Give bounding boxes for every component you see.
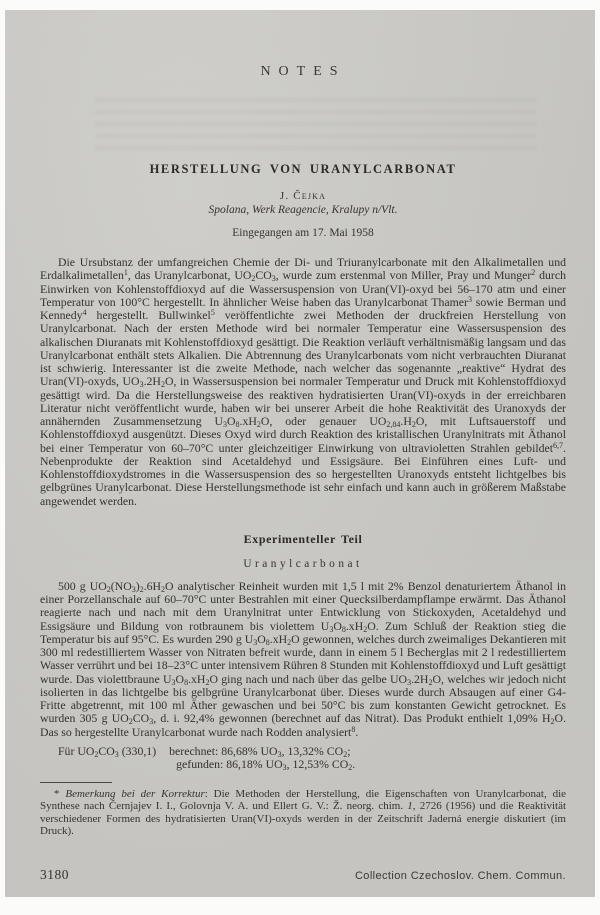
page-number: 3180: [40, 867, 69, 883]
correction-footnote: * Bemerkung bei der Korrektur: Die Metho…: [40, 788, 566, 838]
journal-name: Collection Czechoslov. Chem. Commun.: [355, 870, 566, 882]
article-title: HERSTELLUNG VON URANYLCARBONAT: [40, 162, 566, 177]
analysis-calculated-line: berechnet: 86,68% UO3, 13,32% CO2;: [169, 745, 355, 758]
received-date: Eingegangen am 17. Mai 1958: [40, 227, 566, 239]
running-head: NOTES: [40, 64, 566, 80]
section-subheading-uranylcarbonat: Uranylcarbonat: [40, 558, 566, 570]
author-name: J. Čejka: [40, 190, 566, 202]
analysis-values: berechnet: 86,68% UO3, 13,32% CO2; gefun…: [169, 745, 355, 772]
analysis-found-line: gefunden: 86,18% UO3, 12,53% CO2.: [169, 758, 355, 771]
page-body: NOTES HERSTELLUNG VON URANYLCARBONAT J. …: [40, 10, 566, 897]
analysis-formula-label: Für UO2CO3 (330,1): [58, 745, 156, 772]
author-affiliation: Spolana, Werk Reagencie, Kralupy n/Vlt.: [40, 204, 566, 216]
page-footer: 3180 Collection Czechoslov. Chem. Commun…: [40, 867, 566, 883]
bleed-through-ghost-text: [95, 94, 536, 152]
footnote-divider: [40, 782, 112, 783]
section-heading-experimental: Experimenteller Teil: [40, 532, 566, 547]
experimental-paragraph: 500 g UO2(NO3)2.6H2O analytischer Reinhe…: [40, 580, 566, 739]
elemental-analysis-block: Für UO2CO3 (330,1) berechnet: 86,68% UO3…: [58, 745, 566, 772]
introduction-paragraph: Die Ursubstanz der umfangreichen Chemie …: [40, 256, 566, 508]
scanned-page: NOTES HERSTELLUNG VON URANYLCARBONAT J. …: [5, 10, 595, 897]
